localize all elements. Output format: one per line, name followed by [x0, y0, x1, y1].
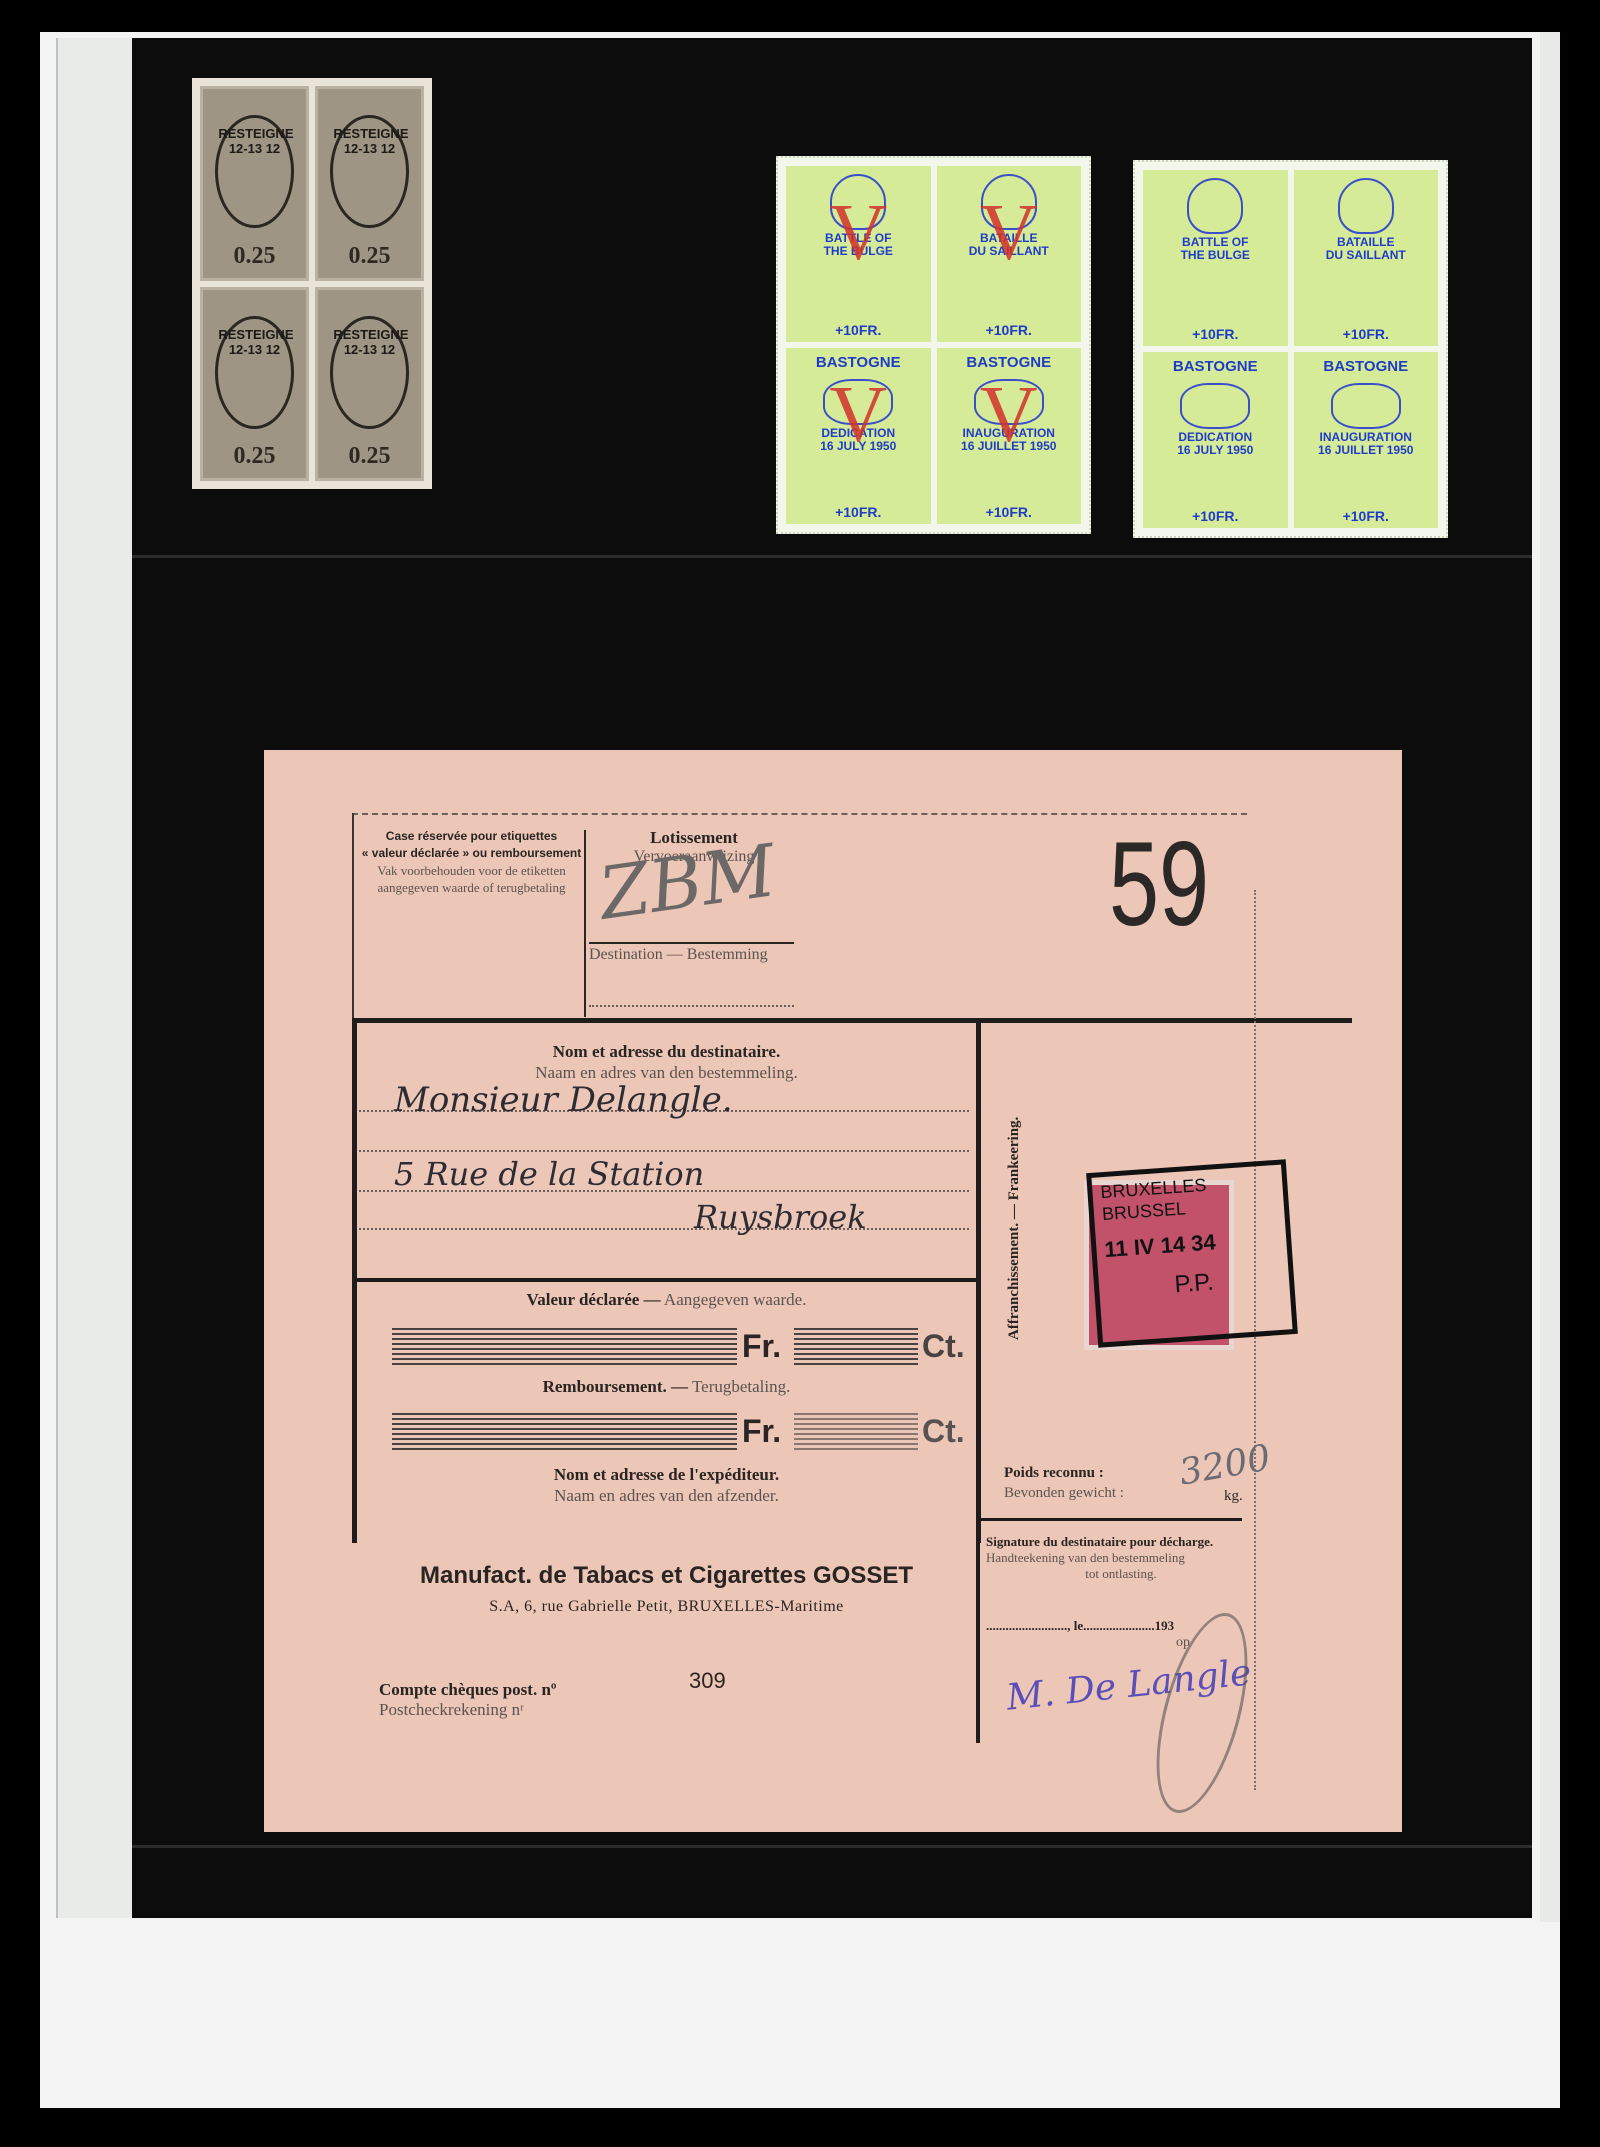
album-left-margin	[56, 38, 132, 1918]
rule	[352, 1278, 976, 1282]
stamp-block-resteigne: RESTEIGNE 12-13 120.25 RESTEIGNE 12-13 1…	[192, 78, 432, 489]
stamp-text: DU SAILLANT	[1294, 249, 1439, 262]
eagle-emblem-icon	[1338, 178, 1394, 234]
recipient-name: Monsieur Delangle.	[394, 1080, 733, 1120]
sender-address: S.A, 6, rue Gabrielle Petit, BRUXELLES-M…	[359, 1598, 974, 1616]
sender-company: Manufact. de Tabacs et Cigarettes GOSSET	[359, 1562, 974, 1590]
stamp: BASTOGNEDEDICATION16 JULY 1950+10FR.V	[786, 348, 931, 524]
strip-divider	[132, 1845, 1532, 1848]
case-reserved-nl: Vak voorbehouden voor de etiketten aange…	[359, 862, 584, 896]
stamp-text: 16 JULY 1950	[1143, 444, 1288, 457]
stamp-title: BASTOGNE	[1294, 358, 1439, 375]
remboursement-ct-field	[794, 1410, 918, 1450]
v-overprint: V	[937, 370, 1082, 461]
poids-label: Poids reconnu :	[1004, 1465, 1104, 1482]
stamp-value: +10FR.	[786, 504, 931, 520]
stamp-value: 0.25	[203, 443, 306, 470]
rule	[352, 1018, 1352, 1023]
parcel-waybill-card: Case réservée pour etiquettes « valeur d…	[264, 750, 1402, 1832]
case-reserved-label: Case réservée pour etiquettes « valeur d…	[359, 828, 584, 862]
rule	[980, 1518, 1242, 1521]
rule	[352, 813, 354, 1018]
account-number: 309	[689, 1668, 726, 1694]
monument-icon	[1180, 383, 1250, 429]
stamp-value: +10FR.	[1143, 508, 1288, 524]
stamp: RESTEIGNE 12-13 120.25	[200, 86, 309, 281]
monument-icon	[1331, 383, 1401, 429]
valeur-label: Valeur déclarée — Aangegeven waarde.	[359, 1290, 974, 1310]
stamp-value: +10FR.	[937, 322, 1082, 338]
postmark: RESTEIGNE 12-13 12	[215, 115, 293, 228]
signature-label: Signature du destinataire pour décharge.	[986, 1534, 1256, 1550]
postmark: RESTEIGNE 12-13 12	[215, 316, 293, 429]
dotted-line	[359, 1228, 969, 1230]
valeur-fr-field	[392, 1325, 737, 1365]
waybill-number: 59	[1109, 815, 1209, 953]
perforation	[1254, 890, 1256, 1790]
remboursement-label: Remboursement. — Terugbetaling.	[359, 1377, 974, 1397]
destinataire-label: Nom et adresse du destinataire.	[359, 1042, 974, 1062]
rule	[352, 1023, 357, 1543]
expediteur-label: Nom et adresse de l'expéditeur.	[359, 1465, 974, 1485]
eagle-emblem-icon	[1187, 178, 1243, 234]
stamp: RESTEIGNE 12-13 120.25	[315, 86, 424, 281]
stamp: BASTOGNEINAUGURATION16 JUILLET 1950+10FR…	[1294, 352, 1439, 528]
v-overprint: V	[786, 188, 931, 279]
stamp-title: BASTOGNE	[937, 354, 1082, 371]
stamp-title: BASTOGNE	[1143, 358, 1288, 375]
fr-label: Fr.	[742, 1413, 781, 1450]
valeur-ct-field	[794, 1325, 918, 1365]
stamp-block-bastogne: BATTLE OFTHE BULGE+10FR. BATAILLEDU SAIL…	[1133, 160, 1448, 538]
stamp-value: 0.25	[318, 443, 421, 470]
stamp-value: +10FR.	[786, 322, 931, 338]
recipient-street: 5 Rue de la Station	[394, 1155, 704, 1193]
rule	[584, 830, 586, 1017]
stamp: RESTEIGNE 12-13 120.25	[200, 287, 309, 482]
dotted-line	[359, 1150, 969, 1152]
v-overprint: V	[937, 188, 1082, 279]
expediteur-nl: Naam en adres van den afzender.	[359, 1486, 974, 1506]
signature-nl1: Handteekening van den bestemmeling	[986, 1550, 1256, 1566]
signature-nl2: tot ontlasting.	[986, 1566, 1256, 1582]
postmark: RESTEIGNE 12-13 12	[330, 316, 408, 429]
railway-cancellation: BRUXELLES BRUSSEL 11 IV 14 34 P.P.	[1086, 1159, 1298, 1348]
stamp-text: 16 JUILLET 1950	[1294, 444, 1439, 457]
stamp-block-bastogne-overprint: BATTLE OFTHE BULGE+10FR.V BATAILLEDU SAI…	[776, 156, 1091, 534]
poids-nl: Bevonden gewicht :	[1004, 1485, 1124, 1502]
album-right-margin	[1540, 32, 1560, 1922]
ct-label: Ct.	[922, 1328, 965, 1365]
affranchissement-label: Affranchissement. — Frankeering.	[1006, 1117, 1023, 1340]
stamp-text: THE BULGE	[1143, 249, 1288, 262]
compte-nl: Postcheckrekening nʳ	[379, 1700, 524, 1720]
dotted-line	[589, 1005, 794, 1007]
stamp-value: +10FR.	[1294, 508, 1439, 524]
compte-label: Compte chèques post. nº	[379, 1680, 557, 1700]
stamp-value: +10FR.	[1143, 326, 1288, 342]
stamp: BATTLE OFTHE BULGE+10FR.	[1143, 170, 1288, 346]
weight-value: 3200	[1176, 1437, 1273, 1493]
v-overprint: V	[786, 370, 931, 461]
stamp-value: +10FR.	[1294, 326, 1439, 342]
fr-label: Fr.	[742, 1328, 781, 1365]
rule	[589, 942, 794, 944]
pencil-mark	[1139, 1604, 1266, 1823]
stamp-value: 0.25	[203, 243, 306, 270]
stamp-value: 0.25	[318, 243, 421, 270]
stamp-title: BASTOGNE	[786, 354, 931, 371]
destination-label: Destination — Bestemming	[589, 946, 799, 964]
postmark: RESTEIGNE 12-13 12	[330, 115, 408, 228]
stamp: BASTOGNEDEDICATION16 JULY 1950+10FR.	[1143, 352, 1288, 528]
remboursement-fr-field	[392, 1410, 737, 1450]
strip-divider	[132, 555, 1532, 558]
railway-stamp-area: BRUXELLES BRUSSEL 11 IV 14 34 P.P.	[1084, 1160, 1244, 1360]
stamp: BATTLE OFTHE BULGE+10FR.V	[786, 166, 931, 342]
stamp-value: +10FR.	[937, 504, 1082, 520]
ct-label: Ct.	[922, 1413, 965, 1450]
stamp: BASTOGNEINAUGURATION16 JUILLET 1950+10FR…	[937, 348, 1082, 524]
stamp: BATAILLEDU SAILLANT+10FR.V	[937, 166, 1082, 342]
stamp: RESTEIGNE 12-13 120.25	[315, 287, 424, 482]
stamp: BATAILLEDU SAILLANT+10FR.	[1294, 170, 1439, 346]
weight-unit: kg.	[1224, 1488, 1243, 1505]
recipient-city: Ruysbroek	[694, 1198, 867, 1236]
rule	[976, 1023, 980, 1743]
